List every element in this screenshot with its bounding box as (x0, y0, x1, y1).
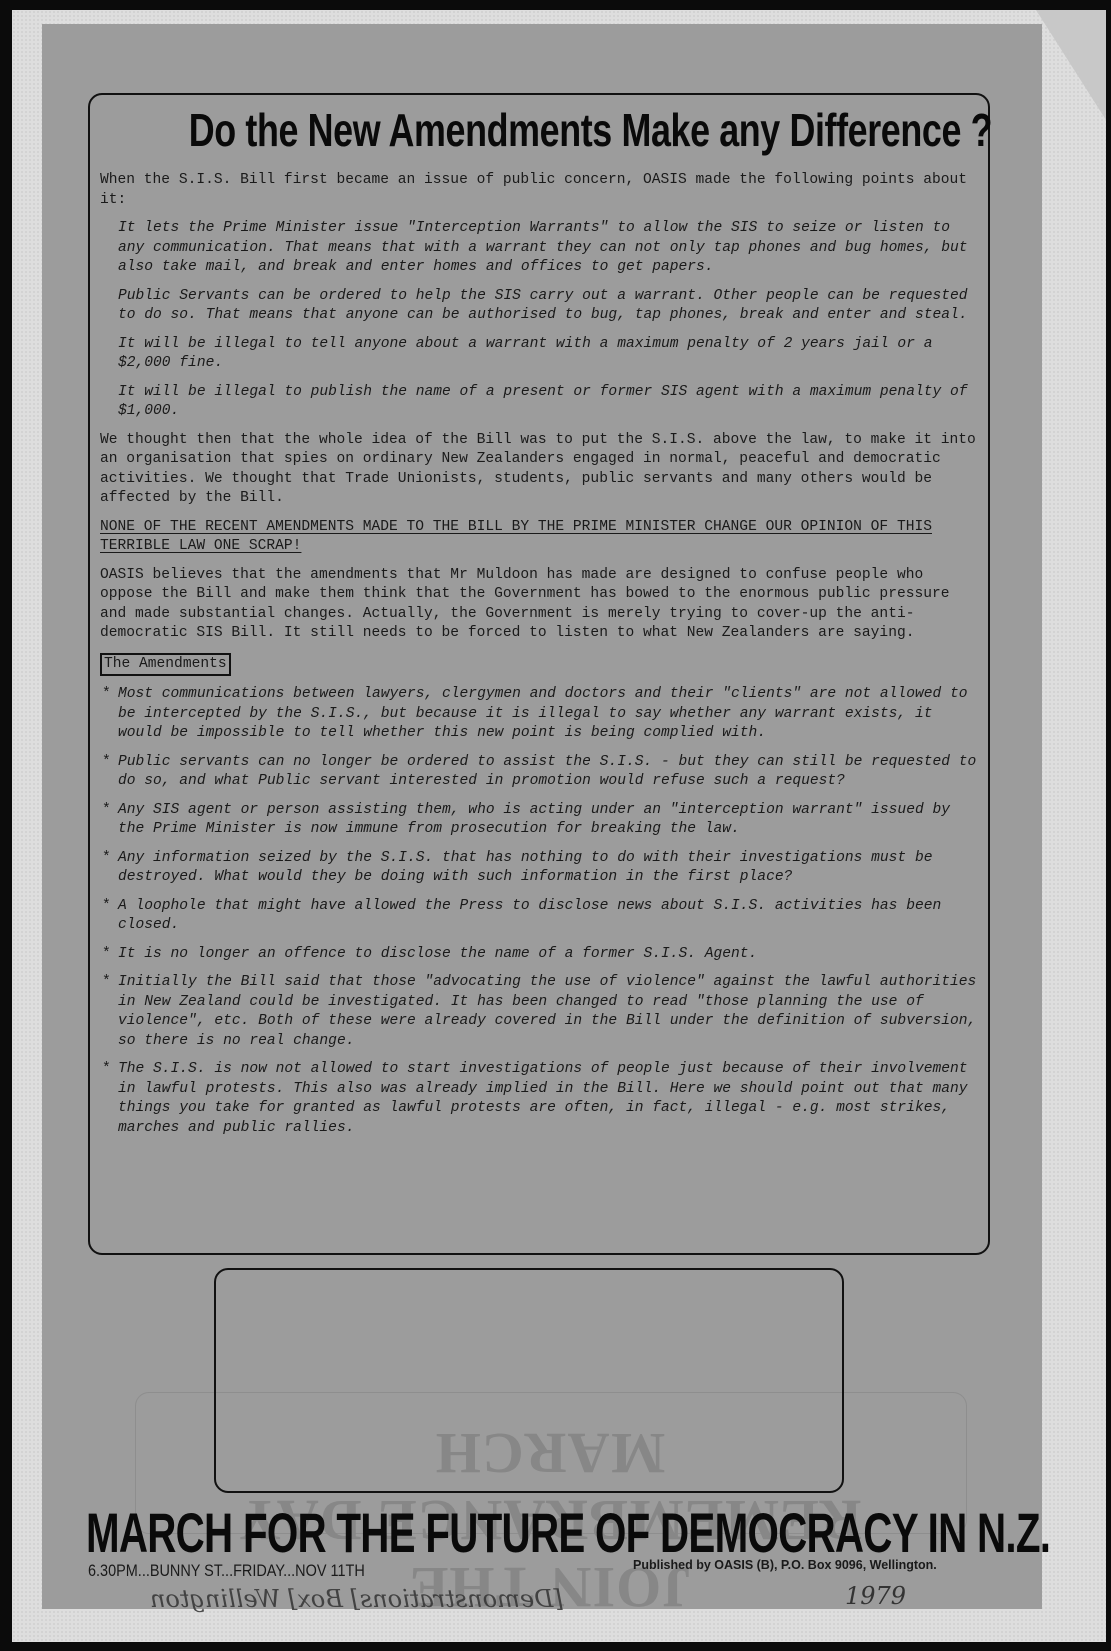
original-point: It will be illegal to tell anyone about … (118, 335, 980, 374)
analysis-paragraph: We thought then that the whole idea of t… (100, 431, 980, 509)
original-point: It will be illegal to publish the name o… (118, 383, 980, 422)
amendment-item: It is no longer an offence to disclose t… (100, 945, 980, 965)
handwritten-year: 1979 (845, 1582, 906, 1610)
amendments-list: Most communications between lawyers, cle… (100, 685, 980, 1138)
belief-paragraph: OASIS believes that the amendments that … (100, 566, 980, 644)
poster-title: Do the New Amendments Make any Differenc… (189, 103, 889, 157)
amendment-item: Any SIS agent or person assisting them, … (100, 801, 980, 840)
publisher-credit: Published by OASIS (B), P.O. Box 9096, W… (633, 1558, 937, 1572)
amendments-section-label: The Amendments (100, 653, 231, 677)
amendment-item: Most communications between lawyers, cle… (100, 685, 980, 744)
march-headline: MARCH FOR THE FUTURE OF DEMOCRACY IN N.Z… (86, 1500, 756, 1565)
march-details: 6.30PM...BUNNY ST...FRIDAY...NOV 11TH (88, 1561, 365, 1581)
amendment-item: A loophole that might have allowed the P… (100, 897, 980, 936)
original-point: It lets the Prime Minister issue "Interc… (118, 219, 980, 278)
article-content: When the S.I.S. Bill first became an iss… (100, 171, 980, 1147)
amendment-item: Initially the Bill said that those "advo… (100, 973, 980, 1051)
handwritten-archive-note: [Demonstrations] Box] Wellington (150, 1585, 563, 1613)
amendment-item: Public servants can no longer be ordered… (100, 753, 980, 792)
original-point: Public Servants can be ordered to help t… (118, 287, 980, 326)
amendment-item: Any information seized by the S.I.S. tha… (100, 849, 980, 888)
notice-statement: NONE OF THE RECENT AMENDMENTS MADE TO TH… (100, 518, 980, 557)
main-article-box: Do the New Amendments Make any Differenc… (88, 93, 990, 1255)
blank-stamp-box (214, 1268, 844, 1493)
intro-paragraph: When the S.I.S. Bill first became an iss… (100, 171, 980, 210)
amendment-item: The S.I.S. is now not allowed to start i… (100, 1060, 980, 1138)
